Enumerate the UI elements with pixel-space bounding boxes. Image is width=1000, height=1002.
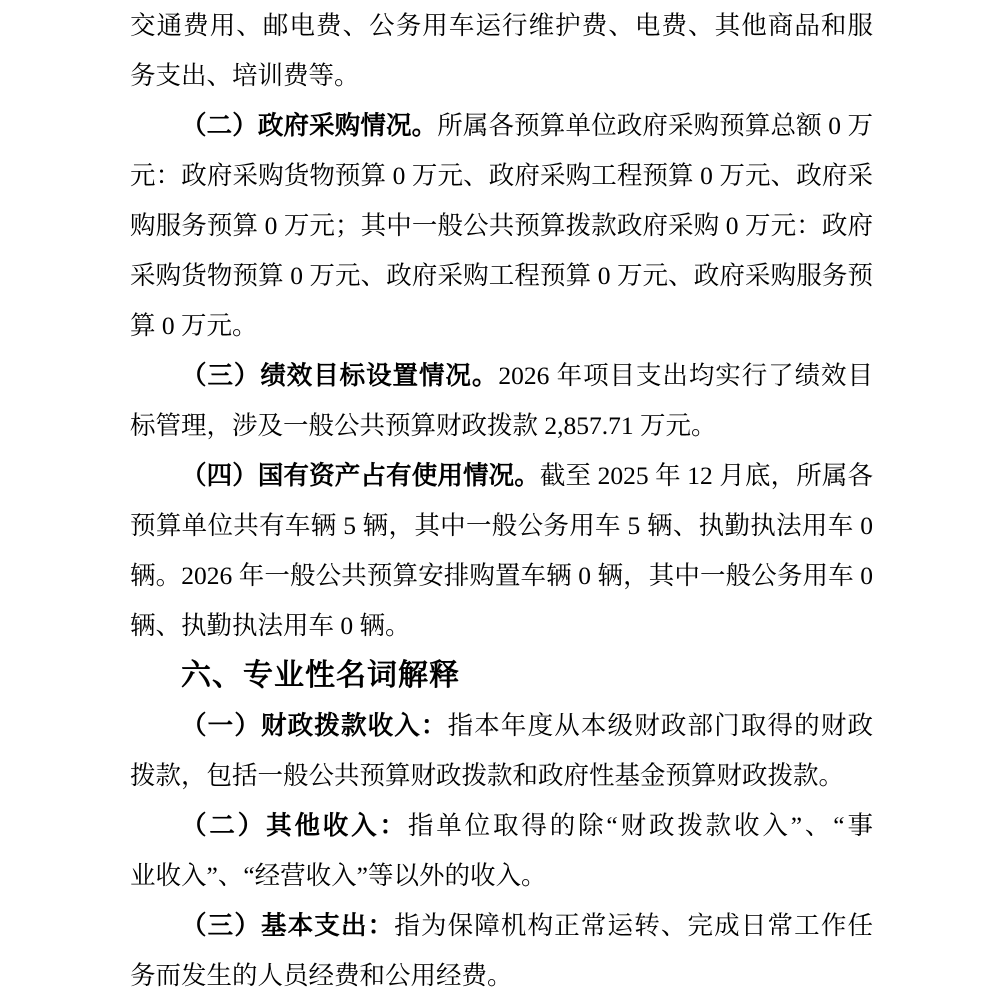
document-line: （二）政府采购情况。所属各预算单位政府采购预算总额 0 万: [130, 101, 873, 151]
section-heading: 六、专业性名词解释: [130, 651, 873, 701]
text-run: 预算单位共有车辆 5 辆，其中一般公务用车 5 辆、执勤执法用车 0: [130, 511, 873, 540]
text-run: 务而发生的人员经费和公用经费。: [130, 961, 513, 990]
document-line: 辆、执勤执法用车 0 辆。: [130, 601, 873, 651]
text-run: 购服务预算 0 万元；其中一般公共预算拨款政府采购 0 万元：政府: [130, 211, 873, 240]
document-line: （二）其他收入：指单位取得的除“财政拨款收入”、“事: [130, 801, 873, 851]
bold-text-run: （二）其他收入：: [181, 811, 408, 840]
text-run: 所属各预算单位政府采购预算总额 0 万: [437, 111, 873, 140]
document-page: 交通费用、邮电费、公务用车运行维护费、电费、其他商品和服务支出、培训费等。（二）…: [0, 0, 1000, 1002]
document-line: 元：政府采购货物预算 0 万元、政府采购工程预算 0 万元、政府采: [130, 151, 873, 201]
text-run: 标管理，涉及一般公共预算财政拨款 2,857.71 万元。: [130, 411, 717, 440]
text-run: 2026 年项目支出均实行了绩效目: [498, 361, 873, 390]
document-line: （一）财政拨款收入：指本年度从本级财政部门取得的财政: [130, 701, 873, 751]
document-line: 辆。2026 年一般公共预算安排购置车辆 0 辆，其中一般公务用车 0: [130, 551, 873, 601]
text-run: 业收入”、“经营收入”等以外的收入。: [130, 861, 546, 890]
bold-text-run: （三）绩效目标设置情况。: [181, 361, 498, 390]
document-line: 交通费用、邮电费、公务用车运行维护费、电费、其他商品和服: [130, 1, 873, 51]
document-line: 拨款，包括一般公共预算财政拨款和政府性基金预算财政拨款。: [130, 751, 873, 801]
text-run: 采购货物预算 0 万元、政府采购工程预算 0 万元、政府采购服务预: [130, 261, 873, 290]
document-line: 务支出、培训费等。: [130, 51, 873, 101]
document-line: 购服务预算 0 万元；其中一般公共预算拨款政府采购 0 万元：政府: [130, 201, 873, 251]
text-run: 截至 2025 年 12 月底，所属各: [540, 461, 873, 490]
bold-text-run: 六、专业性名词解释: [181, 659, 460, 692]
document-line: 业收入”、“经营收入”等以外的收入。: [130, 851, 873, 901]
text-run: 元：政府采购货物预算 0 万元、政府采购工程预算 0 万元、政府采: [130, 161, 873, 190]
text-run: 交通费用、邮电费、公务用车运行维护费、电费、其他商品和服: [130, 11, 873, 40]
document-line: （四）国有资产占有使用情况。截至 2025 年 12 月底，所属各: [130, 451, 873, 501]
bold-text-run: （三）基本支出：: [181, 911, 394, 940]
document-line: （三）绩效目标设置情况。2026 年项目支出均实行了绩效目: [130, 351, 873, 401]
document-line: 采购货物预算 0 万元、政府采购工程预算 0 万元、政府采购服务预: [130, 251, 873, 301]
document-line: 算 0 万元。: [130, 301, 873, 351]
document-line: 务而发生的人员经费和公用经费。: [130, 951, 873, 1001]
bold-text-run: （二）政府采购情况。: [181, 111, 437, 140]
bold-text-run: （一）财政拨款收入：: [181, 711, 448, 740]
text-run: 辆。2026 年一般公共预算安排购置车辆 0 辆，其中一般公务用车 0: [130, 561, 873, 590]
text-run: 务支出、培训费等。: [130, 61, 360, 90]
document-text-block: 交通费用、邮电费、公务用车运行维护费、电费、其他商品和服务支出、培训费等。（二）…: [130, 1, 873, 1001]
text-run: 拨款，包括一般公共预算财政拨款和政府性基金预算财政拨款。: [130, 761, 844, 790]
document-line: 标管理，涉及一般公共预算财政拨款 2,857.71 万元。: [130, 401, 873, 451]
bold-text-run: （四）国有资产占有使用情况。: [181, 461, 540, 490]
text-run: 指为保障机构正常运转、完成日常工作任: [394, 911, 873, 940]
document-line: （三）基本支出：指为保障机构正常运转、完成日常工作任: [130, 901, 873, 951]
document-line: 预算单位共有车辆 5 辆，其中一般公务用车 5 辆、执勤执法用车 0: [130, 501, 873, 551]
text-run: 指本年度从本级财政部门取得的财政: [448, 711, 873, 740]
text-run: 算 0 万元。: [130, 311, 258, 340]
text-run: 指单位取得的除“财政拨款收入”、“事: [408, 811, 873, 840]
text-run: 辆、执勤执法用车 0 辆。: [130, 611, 411, 640]
